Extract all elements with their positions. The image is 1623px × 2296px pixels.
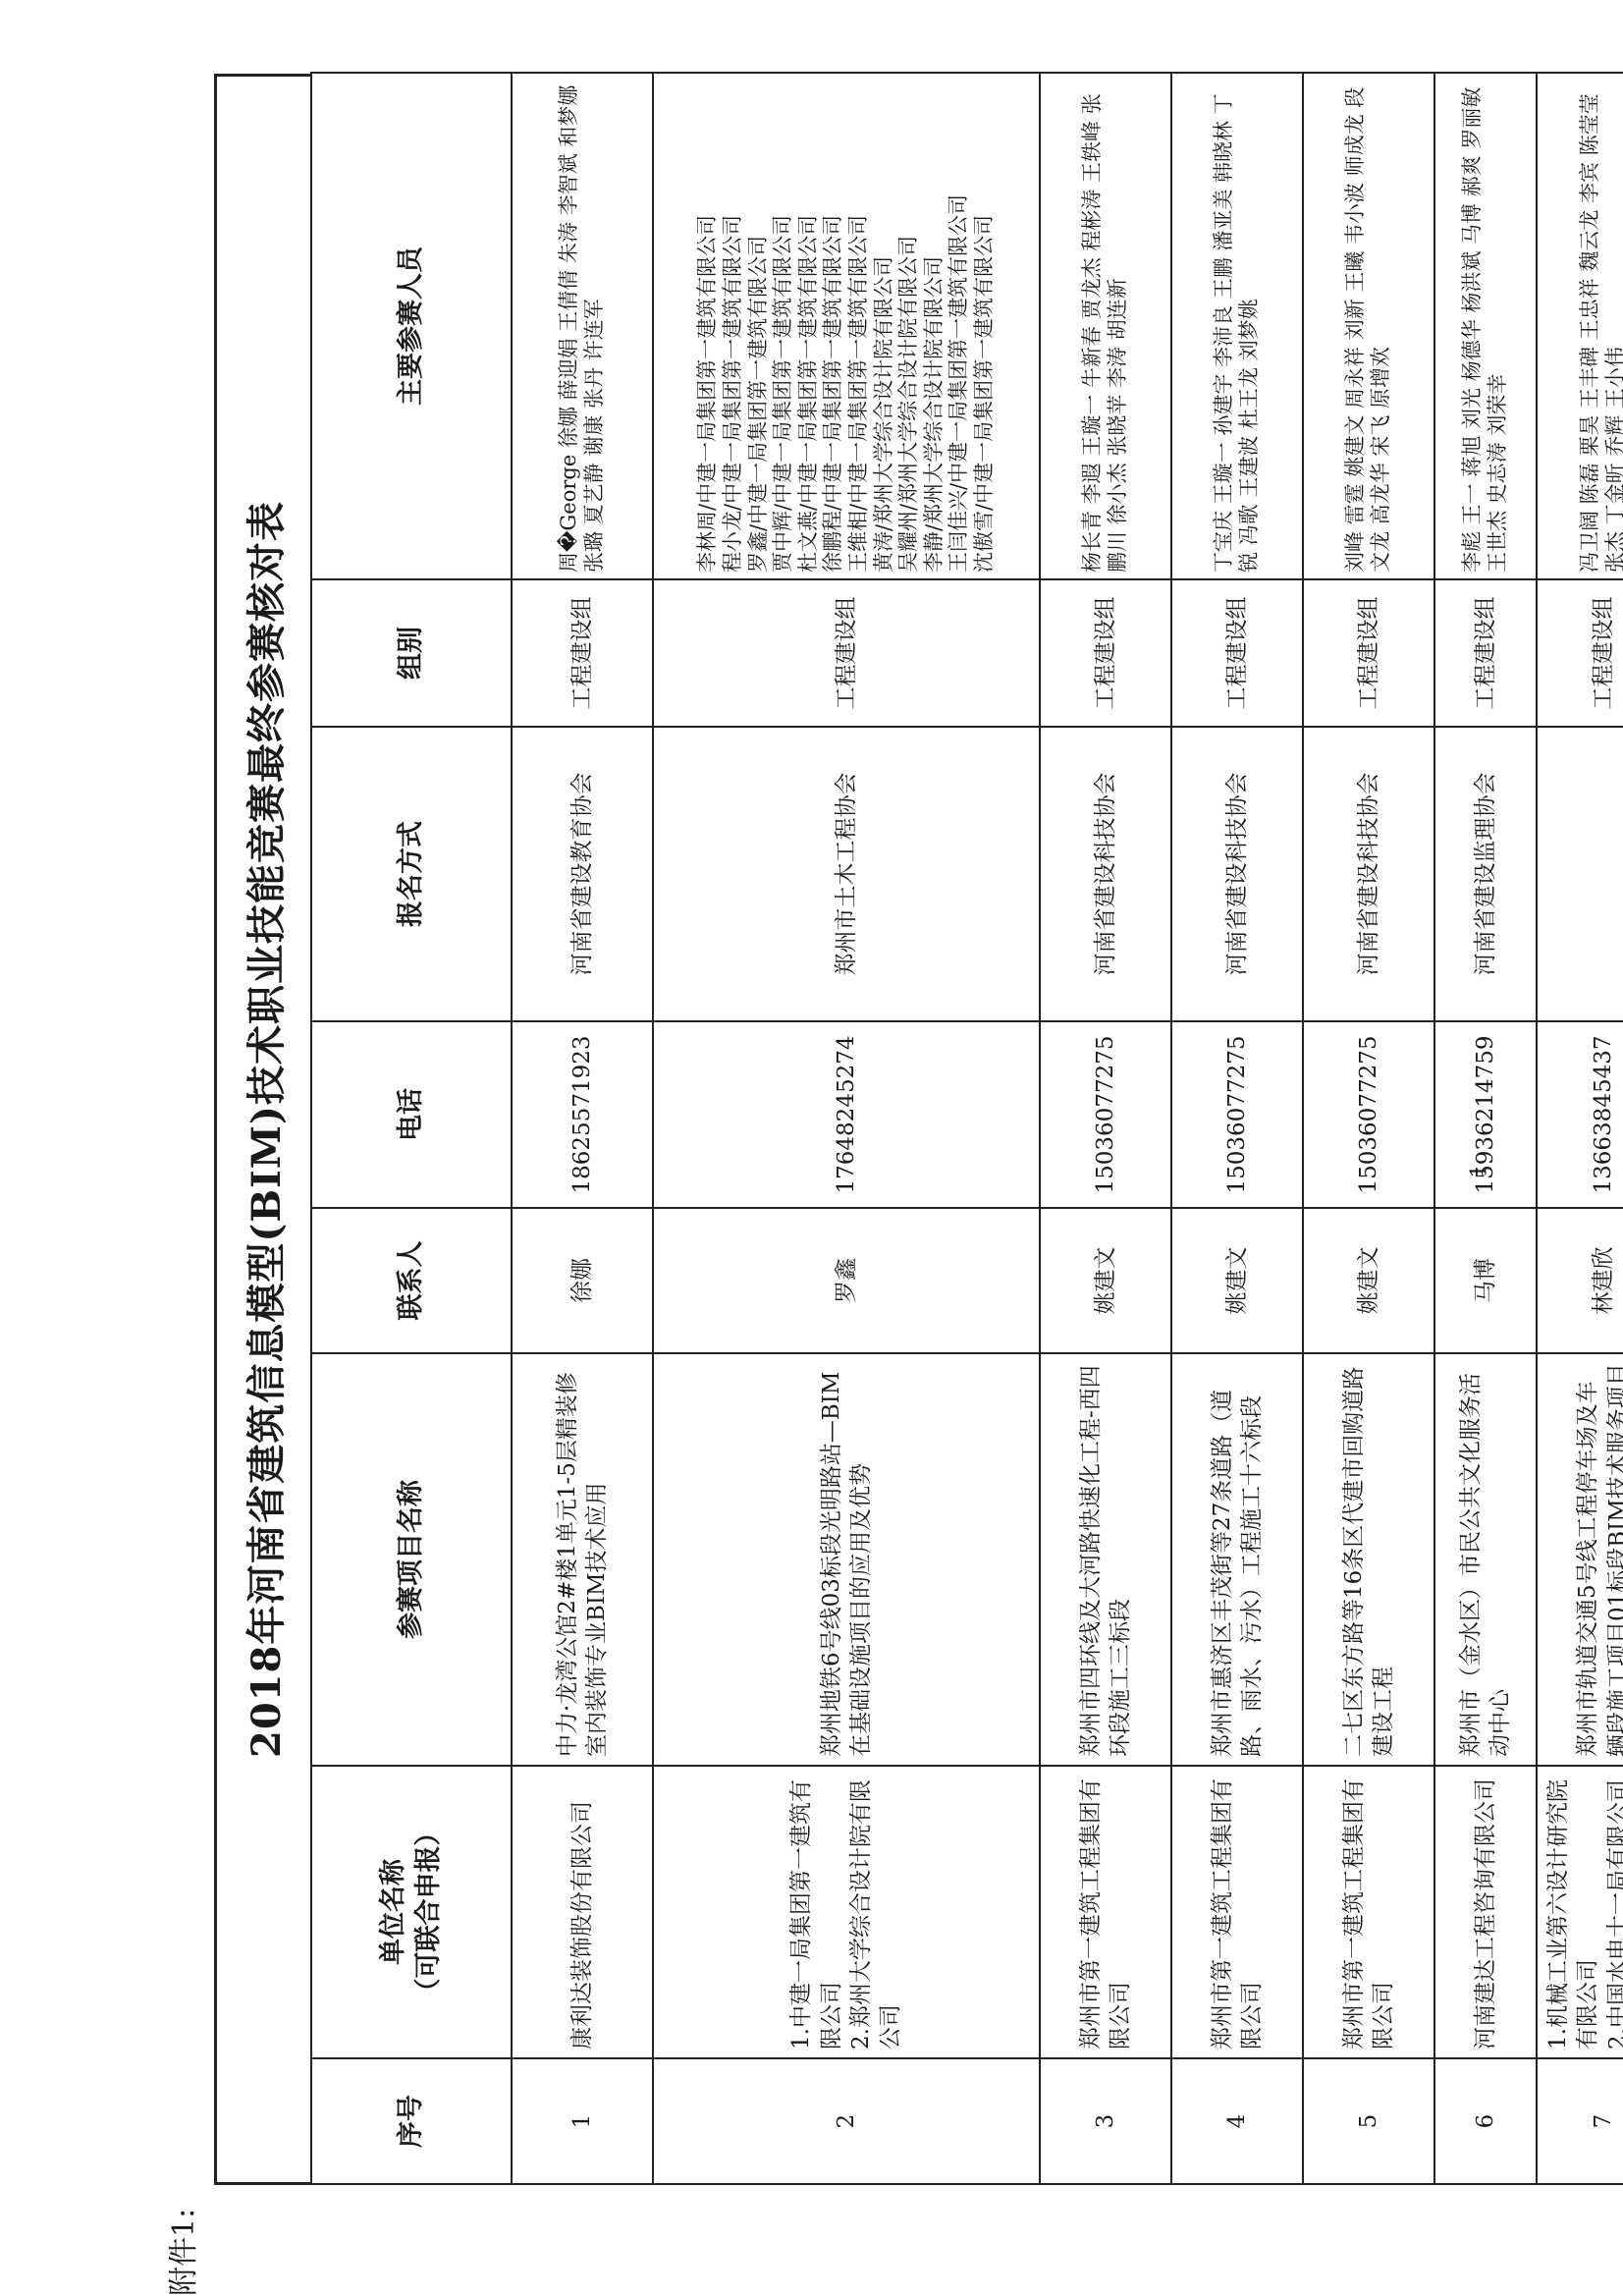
cell-contact: 林建欣 [1537, 1208, 1623, 1353]
table-row: 6河南建达工程咨询有限公司郑州市（金水区）市民公共文化服务活动中心马博15936… [1434, 73, 1537, 2184]
cell-group: 工程建设组 [653, 579, 1040, 727]
page-number: 1 [1468, 1165, 1492, 1178]
cell-unit: 康利达装饰股份有限公司 [512, 1766, 653, 2058]
table-row: 71.机械工业第六设计研究院有限公司 2.中国水电十一局有限公司郑州郑州市轨道交… [1537, 73, 1623, 2184]
cell-phone: 18625571923 [512, 1021, 653, 1208]
cell-registration: 河南省建设教育协会 [512, 727, 653, 1021]
cell-seq: 7 [1537, 2058, 1623, 2184]
cell-seq: 1 [512, 2058, 653, 2184]
attachment-label: 附件1: [147, 2209, 202, 2296]
cell-members: 周�George 徐娜 薛迎娟 王倩倩 朱涛 李智斌 和梦娜 张璐 夏艺静 谢康… [512, 73, 653, 579]
cell-contact: 姚建文 [1303, 1208, 1434, 1353]
cell-members: 冯卫阔 陈磊 栗昊 王丰碑 王忠祥 魏云龙 李宾 陈莹莹 张杰 丁金昕 乔辉 王… [1537, 73, 1623, 579]
table-row: 21.中建一局集团第一建筑有限公司 2.郑州大学综合设计院有限公司郑州地铁6号线… [653, 73, 1040, 2184]
cell-members: 李林周/中建一局集团第一建筑有限公司 程小龙/中建一局集团第一建筑有限公司 罗鑫… [653, 73, 1040, 579]
cell-members: 丁宝庆 王璇一 孙建宇 李沛良 王鹏 潘亚美 韩晓林 丁锐 冯歌 王建波 杜王龙… [1171, 73, 1303, 579]
cell-group: 工程建设组 [1434, 579, 1537, 727]
cell-group: 工程建设组 [512, 579, 653, 727]
cell-unit: 河南建达工程咨询有限公司 [1434, 1766, 1537, 2058]
cell-contact: 姚建文 [1171, 1208, 1303, 1353]
header-members: 主要参赛人员 [311, 73, 512, 579]
cell-phone: 15036077275 [1171, 1021, 1303, 1208]
cell-registration: 河南省建设监理协会 [1434, 727, 1537, 1021]
cell-registration: 郑州市土木工程协会 [653, 727, 1040, 1021]
header-unit: 单位名称 （可联合申报） [311, 1766, 512, 2058]
header-seq: 序号 [311, 2058, 512, 2184]
cell-phone: 15036077275 [1303, 1021, 1434, 1208]
cell-project: 郑州地铁6号线03标段光明路站—BIM在基础设施项目的应用及优势 [653, 1353, 1040, 1766]
cell-seq: 6 [1434, 2058, 1537, 2184]
cell-phone: 15936214759 [1434, 1021, 1537, 1208]
cell-seq: 5 [1303, 2058, 1434, 2184]
cell-phone: 17648245274 [653, 1021, 1040, 1208]
cell-phone: 15036077275 [1040, 1021, 1171, 1208]
cell-group: 工程建设组 [1040, 579, 1171, 727]
table-row: 3郑州市第一建筑工程集团有限公司郑州市四环线及大河路快速化工程-西四环段施工三标… [1040, 73, 1171, 2184]
cell-group: 工程建设组 [1171, 579, 1303, 727]
cell-unit: 郑州市第一建筑工程集团有限公司 [1040, 1766, 1171, 2058]
cell-project: 中力·龙湾公馆2#楼1单元1-5层精装修室内装饰专业BIM技术应用 [512, 1353, 653, 1766]
table-row: 5郑州市第一建筑工程集团有限公司二七区东方路等16条区代建市回购道路建设工程姚建… [1303, 73, 1434, 2184]
cell-unit: 郑州市第一建筑工程集团有限公司 [1303, 1766, 1434, 2058]
cell-members: 李彪 王一 蒋旭 刘光 杨德华 杨洪斌 马博 郝爽 罗丽敏 王世杰 史志涛 刘荣… [1434, 73, 1537, 579]
header-phone: 电话 [311, 1021, 512, 1208]
cell-project: 郑州市轨道交通5号线工程停车场及车辆段施工项目01标段BIM技术服务项目 [1537, 1353, 1623, 1766]
cell-contact: 姚建文 [1040, 1208, 1171, 1353]
table-header-row: 序号 单位名称 （可联合申报） 参赛项目名称 联系人 电话 报名方式 组别 主要… [311, 73, 512, 2184]
cell-registration: 河南省建设科技协会 [1171, 727, 1303, 1021]
header-contact: 联系人 [311, 1208, 512, 1353]
cell-members: 刘峰 雷霆 姚建文 周永祥 刘新 王曦 韦小波 师成龙 段文龙 高龙华 宋飞 原… [1303, 73, 1434, 579]
header-registration: 报名方式 [311, 727, 512, 1021]
cell-contact: 徐娜 [512, 1208, 653, 1353]
cell-registration: 河南省建设科技协会 [1303, 727, 1434, 1021]
cell-members: 杨长青 李遐 王璇一 牛新春 贾龙杰 程彬涛 王轶峰 张鹏川 徐小杰 张晓苹 李… [1040, 73, 1171, 579]
rotated-page: 2018年河南省建筑信息模型(BIM)技术职业技能竞赛最终参赛核对表 序号 单位… [214, 74, 1412, 2185]
cell-unit: 1.中建一局集团第一建筑有限公司 2.郑州大学综合设计院有限公司 [653, 1766, 1040, 2058]
cell-seq: 3 [1040, 2058, 1171, 2184]
cell-group: 工程建设组 [1537, 579, 1623, 727]
cell-registration [1537, 727, 1623, 1021]
cell-seq: 2 [653, 2058, 1040, 2184]
table-row: 1康利达装饰股份有限公司中力·龙湾公馆2#楼1单元1-5层精装修室内装饰专业BI… [512, 73, 653, 2184]
cell-project: 郑州市惠济区丰茂街等27条道路（道路、雨水、污水）工程施工十六标段 [1171, 1353, 1303, 1766]
cell-project: 郑州市（金水区）市民公共文化服务活动中心 [1434, 1353, 1537, 1766]
document-title: 2018年河南省建筑信息模型(BIM)技术职业技能竞赛最终参赛核对表 [214, 74, 310, 2185]
cell-unit: 1.机械工业第六设计研究院有限公司 2.中国水电十一局有限公司郑州 [1537, 1766, 1623, 2058]
cell-unit: 郑州市第一建筑工程集团有限公司 [1171, 1766, 1303, 2058]
cell-contact: 马博 [1434, 1208, 1537, 1353]
cell-seq: 4 [1171, 2058, 1303, 2184]
competition-table: 序号 单位名称 （可联合申报） 参赛项目名称 联系人 电话 报名方式 组别 主要… [310, 72, 1623, 2185]
cell-project: 郑州市四环线及大河路快速化工程-西四环段施工三标段 [1040, 1353, 1171, 1766]
header-project: 参赛项目名称 [311, 1353, 512, 1766]
table-row: 4郑州市第一建筑工程集团有限公司郑州市惠济区丰茂街等27条道路（道路、雨水、污水… [1171, 73, 1303, 2184]
cell-group: 工程建设组 [1303, 579, 1434, 727]
header-group: 组别 [311, 579, 512, 727]
cell-registration: 河南省建设科技协会 [1040, 727, 1171, 1021]
cell-phone: 13663845437 [1537, 1021, 1623, 1208]
cell-contact: 罗鑫 [653, 1208, 1040, 1353]
cell-project: 二七区东方路等16条区代建市回购道路建设工程 [1303, 1353, 1434, 1766]
